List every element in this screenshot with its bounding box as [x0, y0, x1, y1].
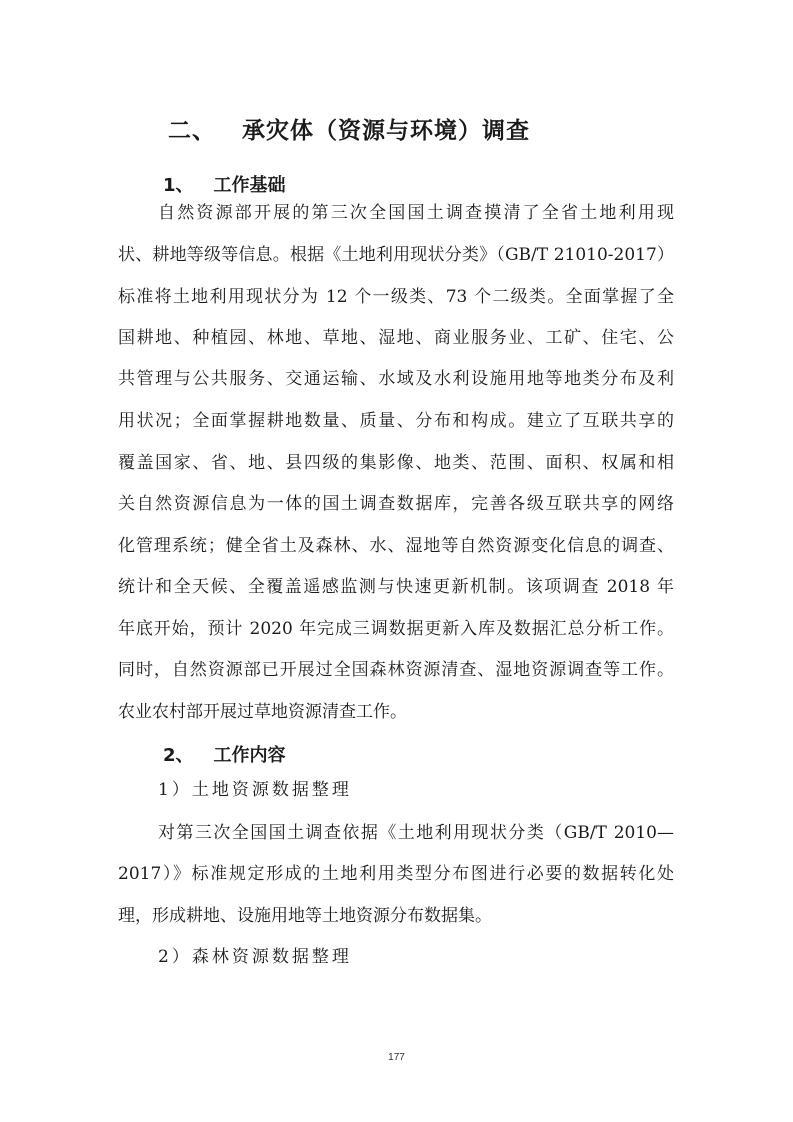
section-heading: 二、承灾体（资源与环境）调查 — [168, 112, 530, 145]
subsection-number: 2、 — [163, 745, 194, 766]
paragraph-line: 同时，自然资源部已开展过全国森林资源清查、湿地资源调查等工作。 — [118, 659, 674, 681]
subsection-heading-2: 2、工作内容 — [163, 741, 286, 767]
page-number: 177 — [0, 1052, 793, 1063]
subsection-title: 工作基础 — [214, 175, 286, 196]
paragraph-line: 覆盖国家、省、地、县四级的集影像、地类、范围、面积、权属和相 — [118, 452, 674, 474]
paragraph-line: 共管理与公共服务、交通运输、水域及水利设施用地等地类分布及利 — [118, 368, 674, 390]
item-heading-forest-resources: 2）森林资源数据整理 — [158, 946, 352, 968]
paragraph-line: 化管理系统；健全省土及森林、水、湿地等自然资源变化信息的调查、 — [118, 535, 674, 557]
paragraph-line: 统计和全天候、全覆盖遥感监测与快速更新机制。该项调查 2018 年 — [118, 576, 674, 598]
paragraph-line: 理，形成耕地、设施用地等土地资源分布数据集。 — [118, 905, 674, 927]
section-number: 二、 — [168, 118, 216, 144]
subsection-number: 1、 — [163, 175, 194, 196]
section-title: 承灾体（资源与环境）调查 — [242, 118, 530, 144]
paragraph-line: 用状况；全面掌握耕地数量、质量、分布和构成。建立了互联共享的 — [118, 410, 674, 432]
paragraph-line: 标准将土地利用现状分为 12 个一级类、73 个二级类。全面掌握了全 — [118, 286, 674, 308]
subsection-title: 工作内容 — [214, 745, 286, 766]
paragraph-line: 农业农村部开展过草地资源清查工作。 — [118, 701, 674, 723]
paragraph-line: 年底开始，预计 2020 年完成三调数据更新入库及数据汇总分析工作。 — [118, 618, 674, 640]
paragraph-line: 状、耕地等级等信息。根据《土地利用现状分类》（GB/T 21010-2017） — [118, 244, 674, 266]
subsection-heading-1: 1、工作基础 — [163, 171, 286, 197]
document-page: 二、承灾体（资源与环境）调查 1、工作基础 自然资源部开展的第三次全国国土调查摸… — [0, 0, 793, 1122]
paragraph-line: 对第三次全国国土调查依据《土地利用现状分类（GB/T 2010— — [158, 822, 674, 844]
item-heading-land-resources: 1）土地资源数据整理 — [158, 779, 352, 801]
paragraph-line: 关自然资源信息为一体的国土调查数据库，完善各级互联共享的网络 — [118, 493, 674, 515]
paragraph-line: 2017）》标准规定形成的土地利用类型分布图进行必要的数据转化处 — [118, 863, 674, 885]
paragraph-line: 国耕地、种植园、林地、草地、湿地、商业服务业、工矿、住宅、公 — [118, 327, 674, 349]
paragraph-line: 自然资源部开展的第三次全国国土调查摸清了全省土地利用现 — [158, 202, 674, 224]
